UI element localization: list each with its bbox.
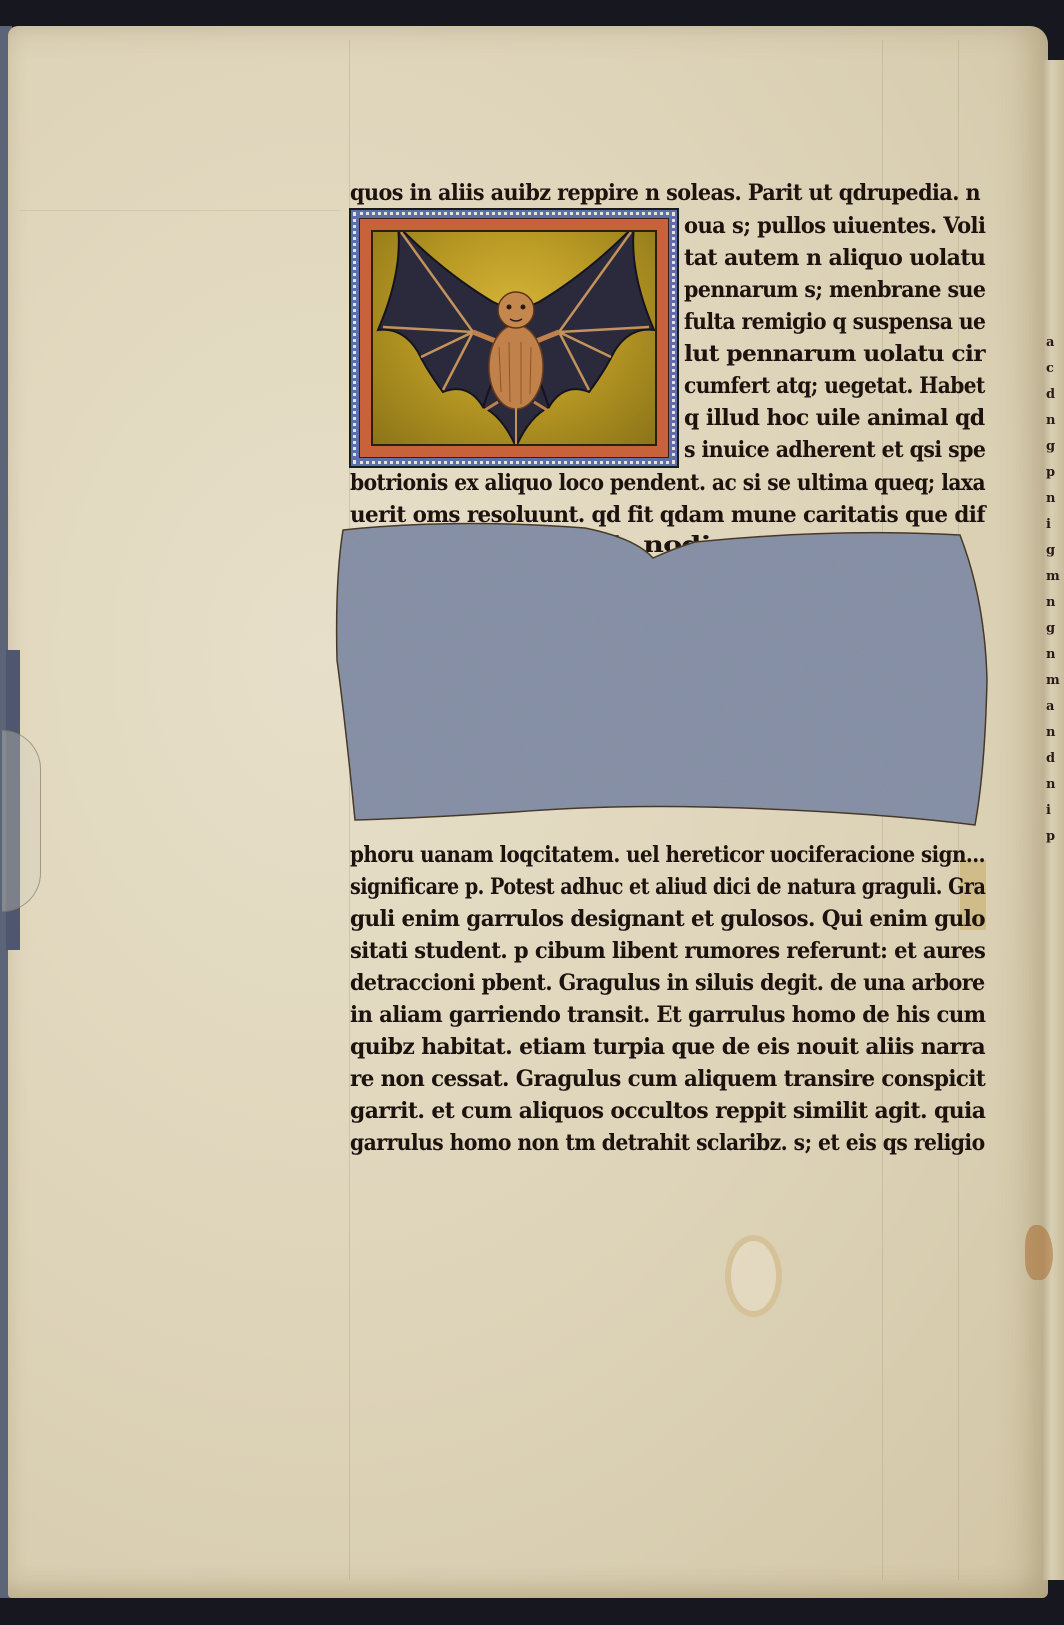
text-line-8: q illud hoc uile animal qd: [684, 403, 985, 433]
text-line-13: phoru uanam loqcitatem. uel hereticor uo…: [350, 840, 985, 870]
stain-center: [725, 1235, 782, 1317]
text-line-15: guli enim garrulos designant et gulosos.…: [350, 904, 985, 934]
text-line-20: re non cessat. Gragulus cum aliquem tran…: [350, 1064, 985, 1094]
text-line-3: tat autem n aliquo uolatu: [684, 243, 985, 273]
bat-miniature: [349, 208, 679, 468]
text-line-7: cumfert atq; uegetat. Habet: [684, 371, 985, 401]
miniature-gold-ground: [371, 230, 657, 446]
text-line-19: quibz habitat. etiam turpia que de eis n…: [350, 1032, 985, 1062]
next-page-text-fragment: a c d n g p n i g m n g n m a n d n i p: [1046, 330, 1062, 850]
text-line-21: garrit. et cum aliquos occultos reppit s…: [350, 1096, 985, 1126]
ruling-line-top: [20, 210, 340, 211]
text-line-14: significare p. Potest adhuc et aliud dic…: [350, 872, 985, 902]
book-clasp: [2, 730, 41, 912]
text-line-16: sitati student. p cibum libent rumores r…: [350, 936, 985, 966]
bat-icon: [373, 232, 657, 446]
text-line-1: quos in aliis auibz reppire n soleas. Pa…: [350, 178, 980, 208]
text-line-2: oua s; pullos uiuentes. Voli: [684, 211, 985, 241]
text-line-9: s inuice adherent et qsi spe: [684, 435, 985, 465]
blue-paper-patch: [335, 520, 997, 865]
text-line-5: fulta remigio q suspensa ue: [684, 307, 985, 337]
text-line-10: botrionis ex aliquo loco pendent. ac si …: [350, 468, 985, 498]
text-line-6: lut pennarum uolatu cir: [684, 339, 985, 369]
text-line-17: detraccioni pbent. Gragulus in siluis de…: [350, 968, 985, 998]
text-line-18: in aliam garriendo transit. Et garrulus …: [350, 1000, 985, 1030]
text-line-4: pennarum s; menbrane sue: [684, 275, 985, 305]
text-line-22: garrulus homo non tm detrahit sclaribz. …: [350, 1128, 985, 1158]
